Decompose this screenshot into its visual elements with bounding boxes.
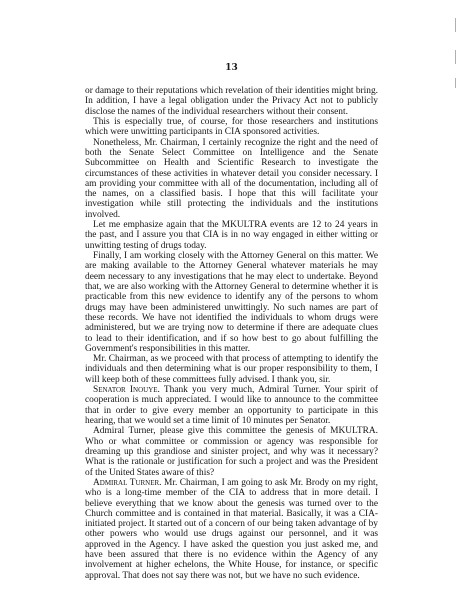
paragraph-text: Nonetheless, Mr. Chairman, I certainly r… [85, 138, 378, 220]
paragraph-text: Let me emphasize again that the MKULTRA … [85, 220, 378, 251]
scan-margin-mark [455, 78, 456, 88]
paragraph-text: This is especially true, of course, for … [85, 117, 378, 137]
paragraph: Senator Inouye. Thank you very much, Adm… [85, 385, 378, 426]
paragraph: This is especially true, of course, for … [85, 117, 378, 138]
paragraph: Let me emphasize again that the MKULTRA … [85, 220, 378, 251]
scan-margin-mark [455, 18, 456, 32]
paragraph-text: Mr. Chairman, as we proceed with that pr… [85, 354, 378, 385]
paragraph-text: Finally, I am working closely with the A… [85, 251, 378, 354]
scan-margin-mark [455, 50, 456, 64]
page-number: 13 [0, 63, 463, 73]
speaker-name: Admiral Turner. [93, 478, 162, 488]
paragraph: Finally, I am working closely with the A… [85, 251, 378, 354]
paragraph: Admiral Turner. Mr. Chairman, I am going… [85, 478, 378, 581]
paragraph-text: Mr. Chairman, I am going to ask Mr. Brod… [85, 478, 378, 581]
paragraph-text: or damage to their reputations which rev… [85, 86, 378, 117]
paragraph: Nonetheless, Mr. Chairman, I certainly r… [85, 138, 378, 221]
body-text: or damage to their reputations which rev… [85, 86, 378, 581]
paragraph-text: Admiral Turner, please give this committ… [85, 426, 378, 477]
paragraph: Admiral Turner, please give this committ… [85, 426, 378, 478]
paragraph: Mr. Chairman, as we proceed with that pr… [85, 354, 378, 385]
speaker-name: Senator Inouye. [93, 385, 160, 395]
paragraph: or damage to their reputations which rev… [85, 86, 378, 117]
